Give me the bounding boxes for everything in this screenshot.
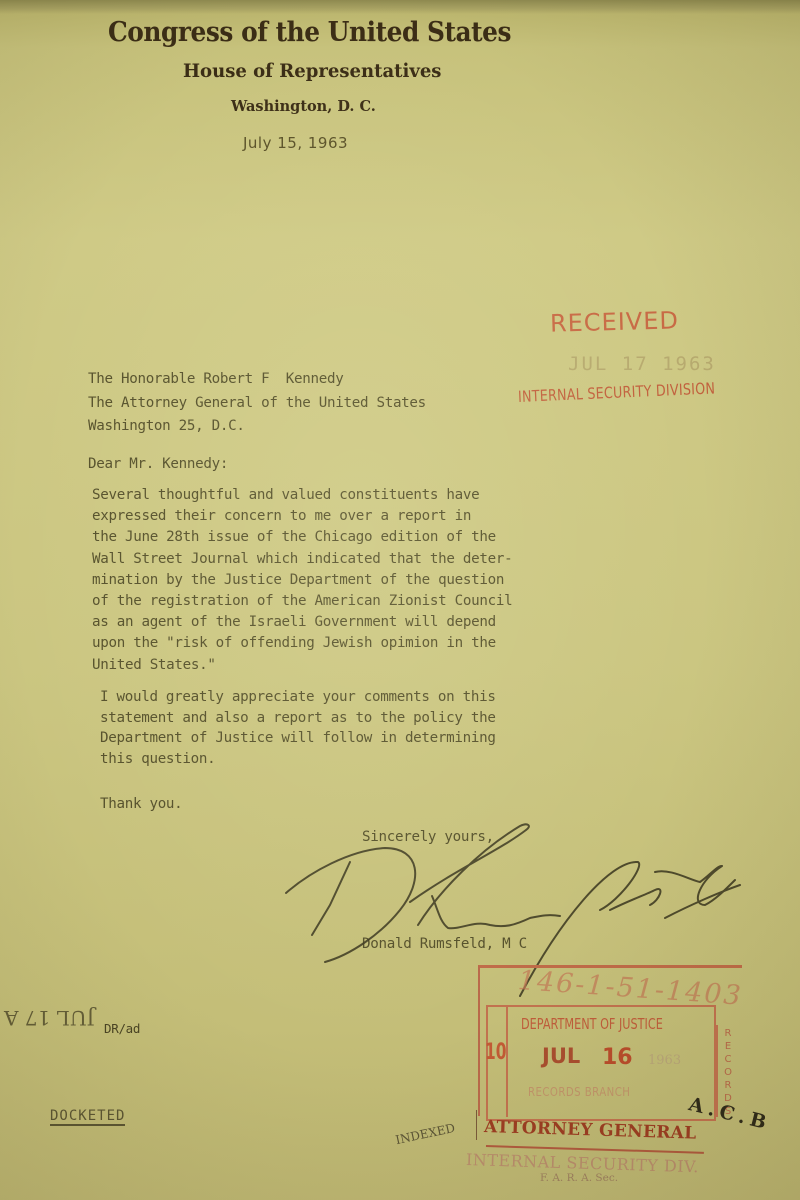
letterhead-chamber: House of Representatives (183, 60, 440, 82)
doj-stamp-number: 10 (485, 1040, 506, 1065)
received-stamp-title: RECEIVED (550, 306, 680, 337)
recipient-line: The Honorable Robert F Kennedy (88, 368, 426, 392)
left-date-stamp: JUL 17 A (4, 1006, 95, 1030)
letterhead-city: Washington, D. C. (231, 98, 376, 115)
attorney-general-stamp-title: ATTORNEY GENERAL (484, 1117, 697, 1144)
received-stamp-date: JUL 17 1963 (568, 353, 716, 375)
body-line: this question. (100, 749, 496, 770)
body-line: Wall Street Journal which indicated that… (92, 549, 512, 570)
thank-you-line: Thank you. (100, 793, 182, 817)
recipient-line: Washington 25, D.C. (88, 415, 426, 439)
letterhead-institution: Congress of the United States (108, 17, 485, 48)
body-line: I would greatly appreciate your comments… (100, 687, 496, 708)
typist-initials: DR/ad (104, 1017, 140, 1041)
doj-stamp-day: 16 (602, 1045, 633, 1070)
closing: Sincerely yours, (362, 826, 494, 850)
body-line: as an agent of the Israeli Government wi… (92, 612, 512, 633)
attorney-general-stamp-section: F. A. R. A. Sec. (540, 1172, 618, 1184)
doj-stamp-branch: RECORDS BRANCH (528, 1085, 630, 1099)
body-line: Several thoughtful and valued constituen… (92, 485, 512, 506)
doj-received-stamp: 146-1-51-1403 10 DEPARTMENT OF JUSTICE J… (478, 965, 744, 1117)
recipient-line: The Attorney General of the United State… (88, 392, 426, 416)
body-line: mination by the Justice Department of th… (92, 570, 512, 591)
docketed-stamp: DOCKETED (50, 1108, 125, 1126)
body-line: the June 28th issue of the Chicago editi… (92, 527, 512, 548)
body-line: United States." (92, 655, 512, 676)
salutation: Dear Mr. Kennedy: (88, 453, 228, 477)
received-stamp-division: INTERNAL SECURITY DIVISION (518, 379, 716, 406)
paper-top-edge (0, 0, 800, 14)
doj-stamp-title: DEPARTMENT OF JUSTICE (521, 1015, 663, 1033)
body-paragraph-2: I would greatly appreciate your comments… (100, 687, 496, 769)
stamp-mark (476, 1110, 477, 1140)
body-paragraph-1: Several thoughtful and valued constituen… (92, 485, 512, 676)
letter-date: July 15, 1963 (243, 134, 348, 152)
body-line: expressed their concern to me over a rep… (92, 506, 512, 527)
body-line: statement and also a report as to the po… (100, 708, 496, 729)
body-line: Department of Justice will follow in det… (100, 728, 496, 749)
recipient-address: The Honorable Robert F KennedyThe Attorn… (88, 368, 426, 439)
body-line: upon the "risk of offending Jewish opimi… (92, 633, 512, 654)
signer-name: Donald Rumsfeld, M C (362, 933, 527, 957)
doj-stamp-month: JUL (542, 1044, 580, 1068)
body-line: of the registration of the American Zion… (92, 591, 512, 612)
indexed-stamp: INDEXED (394, 1121, 456, 1147)
doj-stamp-year: 1963 (648, 1053, 681, 1068)
